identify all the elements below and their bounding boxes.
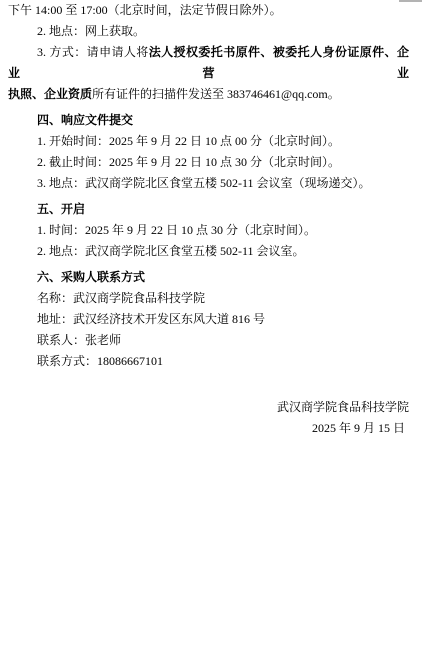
intro-item-3-cont-bold: 执照、企业资质 bbox=[8, 87, 92, 101]
intro-item-3-prefix: 3. 方式：请申请人将 bbox=[37, 45, 149, 59]
signature-date-line: 2025 年 9 月 15 日 bbox=[8, 418, 409, 439]
signature-org-line: 武汉商学院食品科技学院 bbox=[8, 397, 409, 418]
purchaser-address-line: 地址：武汉经济技术开发区东风大道 816 号 bbox=[8, 309, 409, 330]
document-page: 下午 14:00 至 17:00（北京时间，法定节假日除外）。 2. 地点：网上… bbox=[0, 0, 422, 648]
intro-item-3: 3. 方式：请申请人将法人授权委托书原件、被委托人身份证原件、企业营业 bbox=[8, 42, 409, 84]
document-body: 下午 14:00 至 17:00（北京时间，法定节假日除外）。 2. 地点：网上… bbox=[0, 0, 422, 439]
section-6-heading: 六、采购人联系方式 bbox=[8, 267, 409, 288]
section-4-heading: 四、响应文件提交 bbox=[8, 110, 409, 131]
section-5-heading: 五、开启 bbox=[8, 199, 409, 220]
intro-item-3-cont-rest: 所有证件的扫描件发送至 383746461@qq.com。 bbox=[92, 87, 340, 101]
intro-item-2: 2. 地点：网上获取。 bbox=[8, 21, 409, 42]
intro-continuation-line: 下午 14:00 至 17:00（北京时间，法定节假日除外）。 bbox=[8, 0, 409, 21]
signature-block: 武汉商学院食品科技学院 2025 年 9 月 15 日 bbox=[8, 397, 409, 439]
section-5-item-2: 2. 地点：武汉商学院北区食堂五楼 502-11 会议室。 bbox=[8, 241, 409, 262]
section-4-item-1: 1. 开始时间：2025 年 9 月 22 日 10 点 00 分（北京时间）。 bbox=[8, 131, 409, 152]
section-5-item-1: 1. 时间：2025 年 9 月 22 日 10 点 30 分（北京时间）。 bbox=[8, 220, 409, 241]
section-4-item-2: 2. 截止时间：2025 年 9 月 22 日 10 点 30 分（北京时间）。 bbox=[8, 152, 409, 173]
section-4-item-3: 3. 地点：武汉商学院北区食堂五楼 502-11 会议室（现场递交）。 bbox=[8, 173, 409, 194]
purchaser-name-line: 名称：武汉商学院食品科技学院 bbox=[8, 288, 409, 309]
contact-person-line: 联系人：张老师 bbox=[8, 330, 409, 351]
contact-method-line: 联系方式：18086667101 bbox=[8, 351, 409, 372]
intro-item-3-continuation: 执照、企业资质所有证件的扫描件发送至 383746461@qq.com。 bbox=[8, 84, 409, 105]
